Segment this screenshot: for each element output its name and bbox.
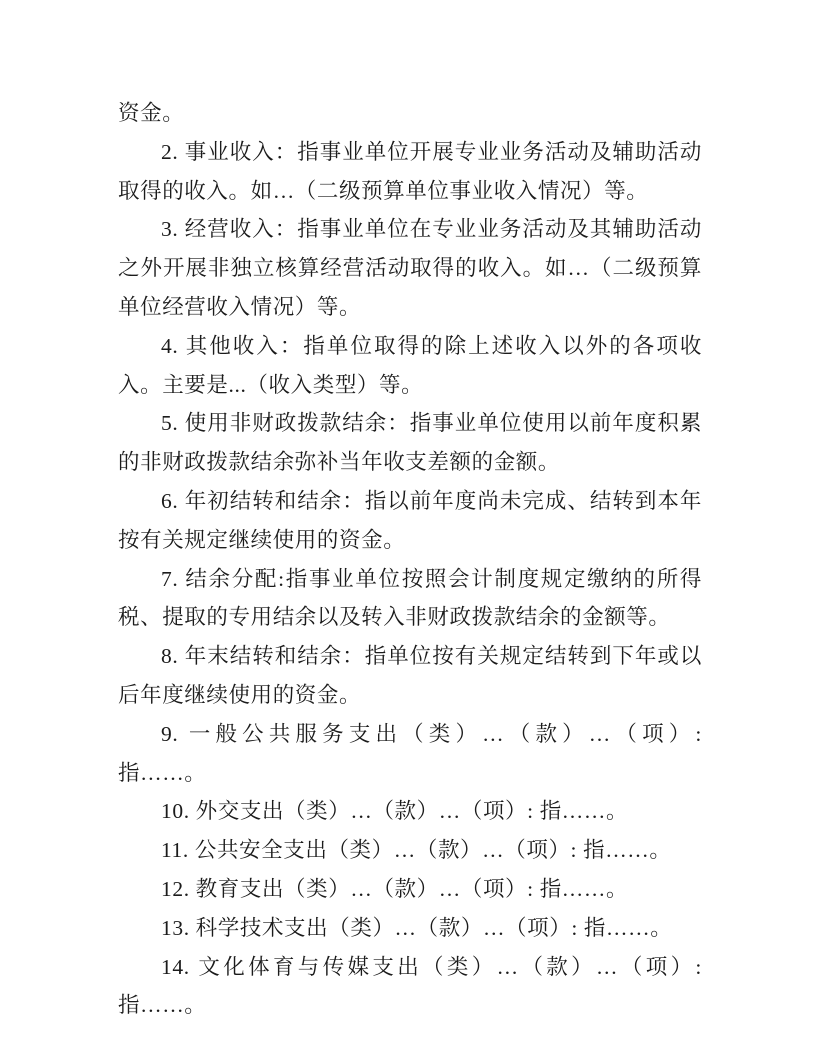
term-item-10: 10. 外交支出（类）…（款）…（项）: 指……。 xyxy=(118,792,702,831)
term-item-7: 7. 结余分配:指事业单位按照会计制度规定缴纳的所得税、提取的专用结余以及转入非… xyxy=(118,560,702,638)
paragraph-continuation: 资金。 xyxy=(118,94,702,133)
term-item-11: 11. 公共安全支出（类）…（款）…（项）: 指……。 xyxy=(118,831,702,870)
term-item-4: 4. 其他收入：指单位取得的除上述收入以外的各项收入。主要是...（收入类型）等… xyxy=(118,327,702,405)
term-item-2: 2. 事业收入：指事业单位开展专业业务活动及辅助活动取得的收入。如…（二级预算单… xyxy=(118,133,702,211)
term-item-3: 3. 经营收入：指事业单位在专业业务活动及其辅助活动之外开展非独立核算经营活动取… xyxy=(118,210,702,326)
term-item-12: 12. 教育支出（类）…（款）…（项）: 指……。 xyxy=(118,870,702,909)
term-item-5: 5. 使用非财政拨款结余：指事业单位使用以前年度积累的非财政拨款结余弥补当年收支… xyxy=(118,404,702,482)
document-page: 资金。 2. 事业收入：指事业单位开展专业业务活动及辅助活动取得的收入。如…（二… xyxy=(0,0,815,1055)
term-item-14: 14. 文化体育与传媒支出（类）…（款）…（项）: 指……。 xyxy=(118,948,702,1026)
term-item-8: 8. 年末结转和结余：指单位按有关规定结转到下年或以后年度继续使用的资金。 xyxy=(118,637,702,715)
term-item-13: 13. 科学技术支出（类）…（款）…（项）: 指……。 xyxy=(118,909,702,948)
term-item-9: 9. 一般公共服务支出（类）…（款）…（项）: 指……。 xyxy=(118,715,702,793)
term-item-6: 6. 年初结转和结余：指以前年度尚未完成、结转到本年按有关规定继续使用的资金。 xyxy=(118,482,702,560)
document-body: 资金。 2. 事业收入：指事业单位开展专业业务活动及辅助活动取得的收入。如…（二… xyxy=(118,94,702,1025)
